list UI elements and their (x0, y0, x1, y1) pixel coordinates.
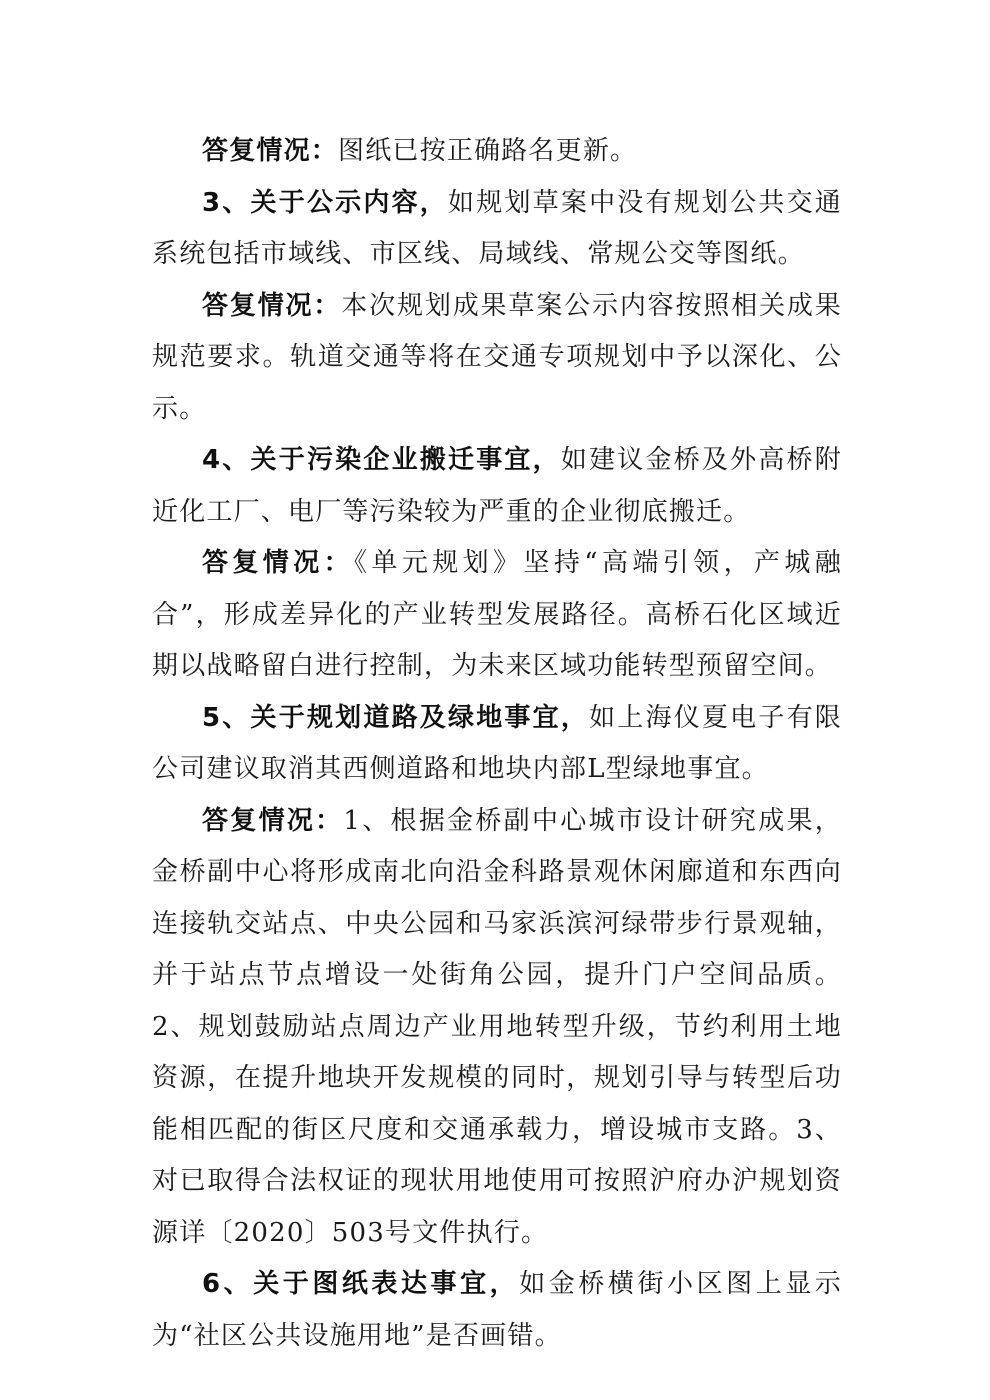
paragraph-lead: 3、关于公示内容， (202, 188, 448, 218)
paragraph-lead: 答复情况： (202, 291, 341, 321)
issue-paragraph-5: 5、关于规划道路及绿地事宜，如上海仪夏电子有限公司建议取消其西侧道路和地块内部L… (152, 693, 842, 796)
paragraph-text: 1、根据金桥副中心城市设计研究成果，金桥副中心将形成南北向沿金科路景观休闲廊道和… (152, 806, 842, 1248)
paragraph-lead: 答复情况： (202, 136, 338, 166)
reply-paragraph-5: 答复情况：1、根据金桥副中心城市设计研究成果，金桥副中心将形成南北向沿金科路景观… (152, 796, 842, 1260)
issue-paragraph-6: 6、关于图纸表达事宜，如金桥横街小区图上显示为“社区公共设施用地”是否画错。 (152, 1259, 842, 1362)
issue-paragraph-3: 3、关于公示内容，如规划草案中没有规划公共交通系统包括市域线、市区线、局域线、常… (152, 178, 842, 281)
paragraph-lead: 答复情况： (202, 806, 343, 836)
paragraph-lead: 6、关于图纸表达事宜， (202, 1269, 519, 1299)
reply-paragraph-3: 答复情况：本次规划成果草案公示内容按照相关成果规范要求。轨道交通等将在交通专项规… (152, 281, 842, 436)
paragraph-lead: 答复情况： (202, 548, 354, 578)
reply-paragraph-road-names: 答复情况：图纸已按正确路名更新。 (152, 126, 842, 178)
paragraph-lead: 4、关于污染企业搬迁事宜， (202, 445, 561, 475)
paragraph-lead: 5、关于规划道路及绿地事宜， (202, 703, 589, 733)
reply-paragraph-4: 答复情况：《单元规划》坚持“高端引领，产城融合”，形成差异化的产业转型发展路径。… (152, 538, 842, 693)
document-page: 答复情况：图纸已按正确路名更新。 3、关于公示内容，如规划草案中没有规划公共交通… (152, 126, 842, 1362)
issue-paragraph-4: 4、关于污染企业搬迁事宜，如建议金桥及外高桥附近化工厂、电厂等污染较为严重的企业… (152, 435, 842, 538)
paragraph-text: 图纸已按正确路名更新。 (338, 136, 637, 166)
